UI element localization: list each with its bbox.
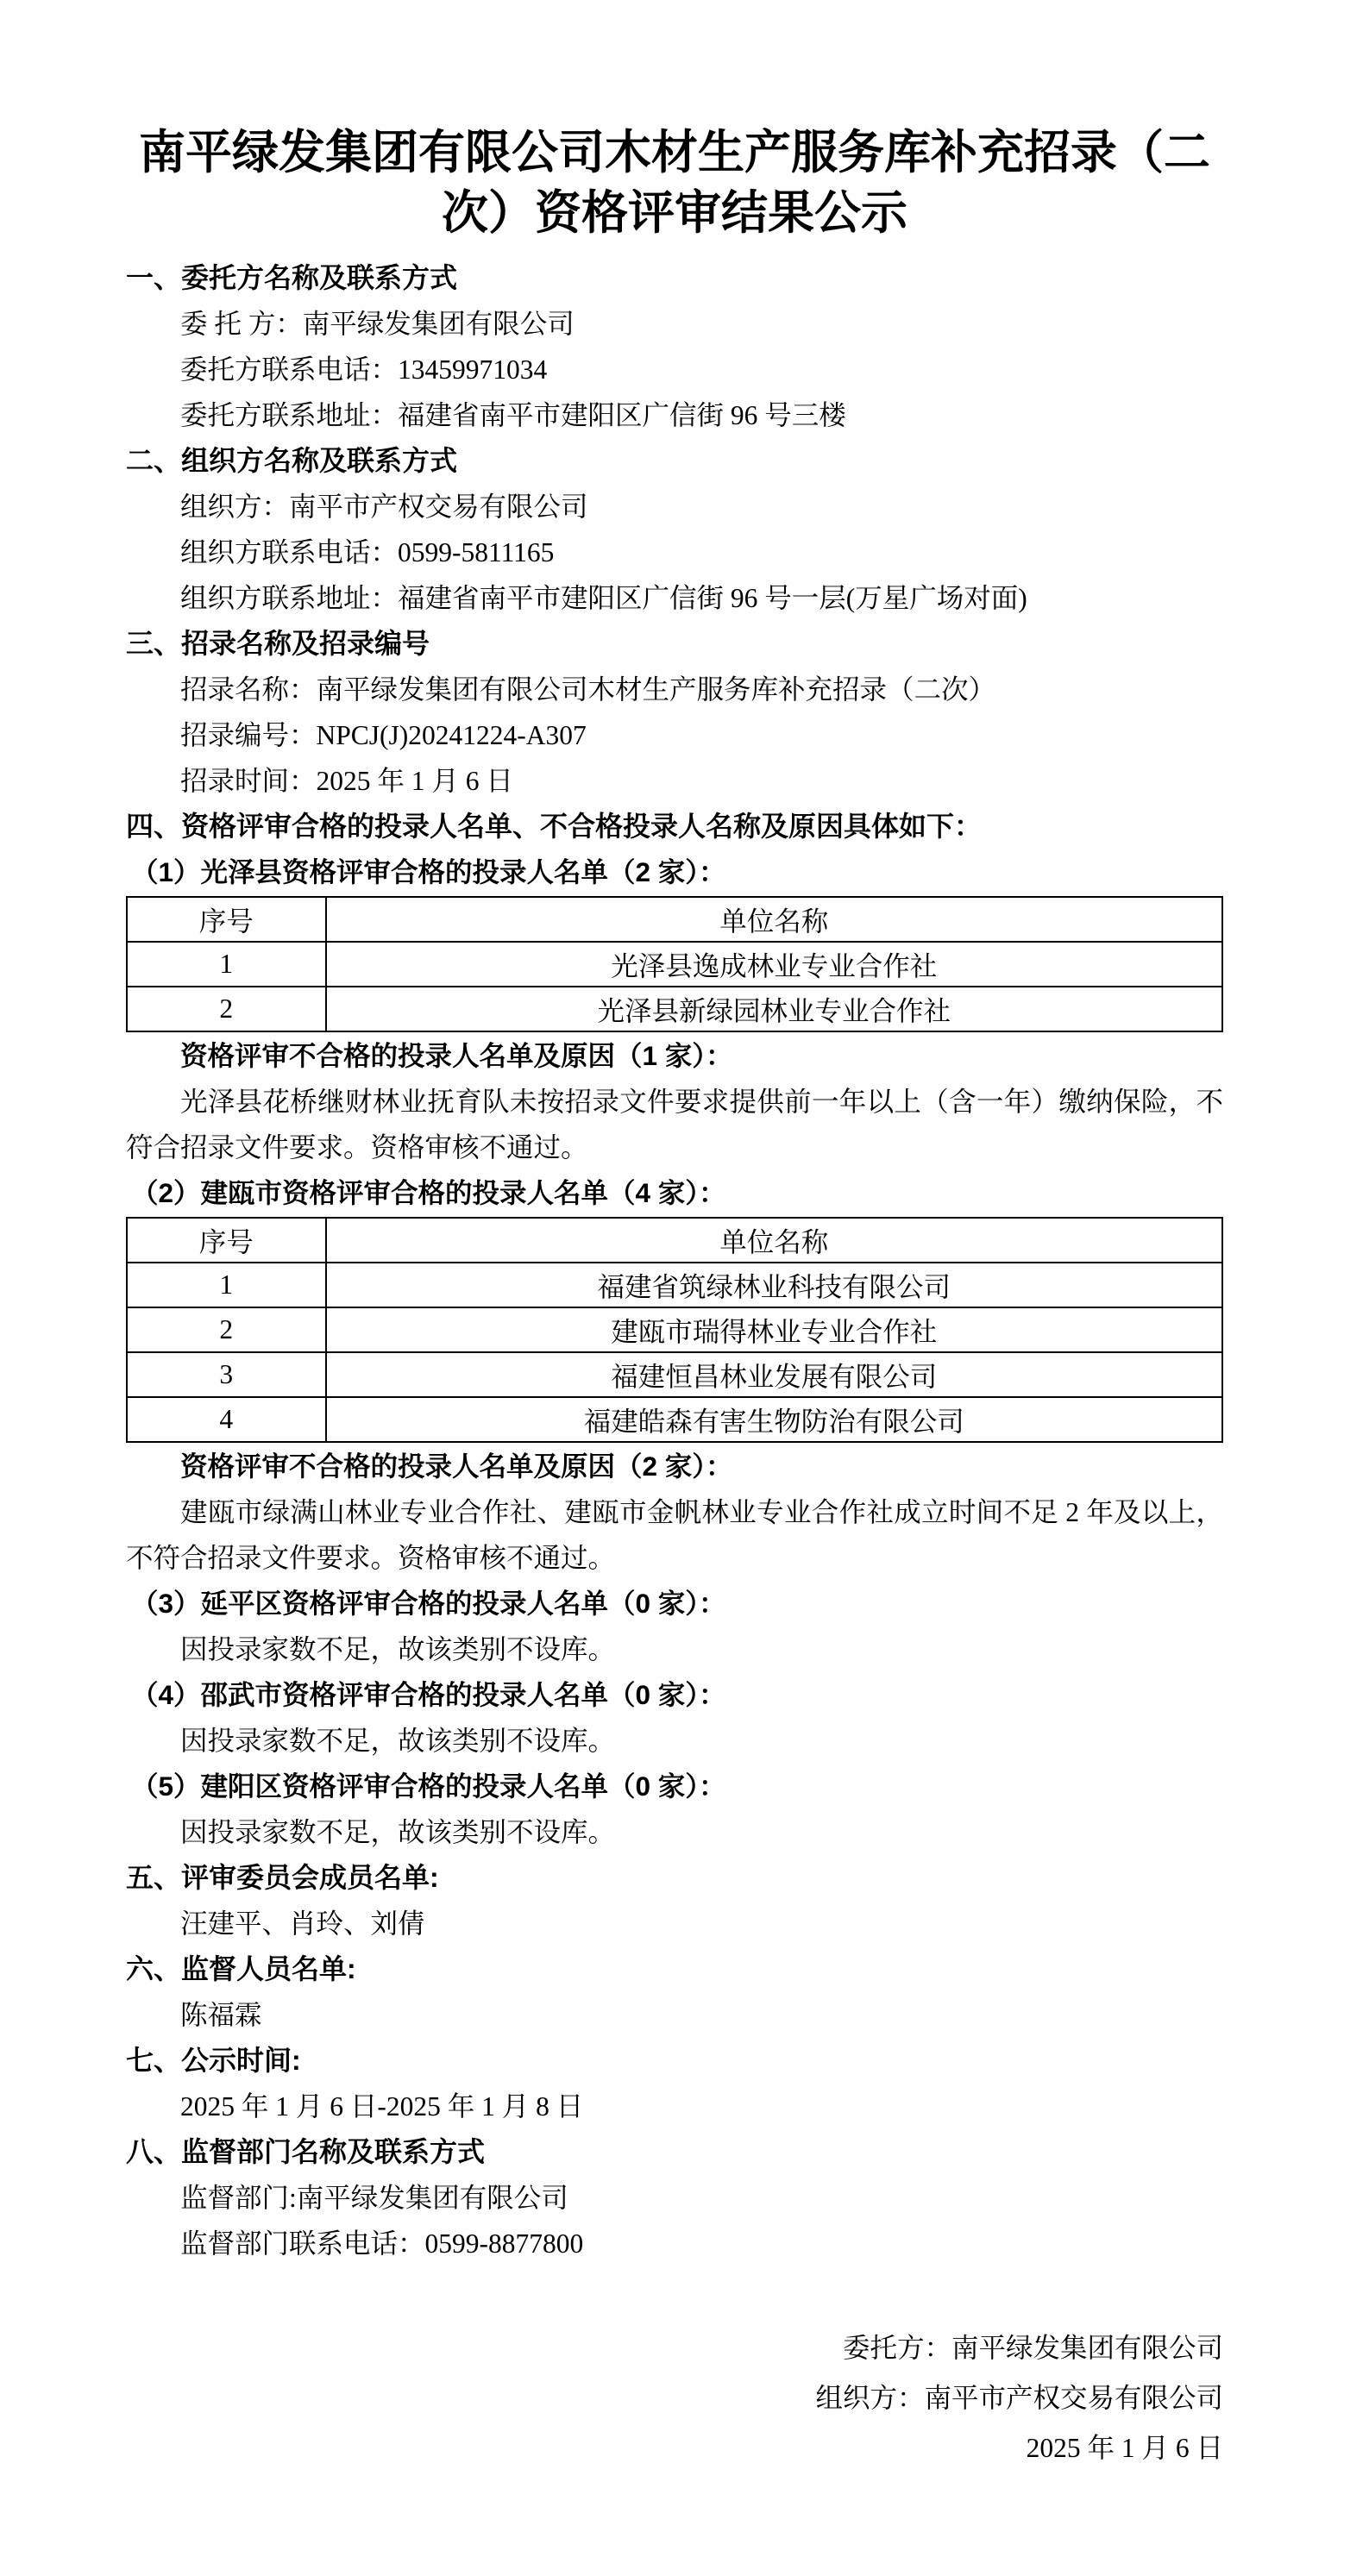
result-jianou: （2）建瓯市资格评审合格的投录人名单（4 家）： 序号 单位名称 1 福建省筑绿… [126, 1170, 1223, 1581]
organizer-phone-line: 组织方联系电话：0599-5811165 [126, 530, 1223, 575]
table-row: 2 建瓯市瑞得林业专业合作社 [127, 1307, 1222, 1352]
table-header-no: 序号 [127, 1218, 326, 1263]
client-name-line: 委 托 方：南平绿发集团有限公司 [126, 301, 1223, 347]
section-committee: 五、评审委员会成员名单: 汪建平、肖玲、刘倩 [126, 1855, 1223, 1946]
committee-members-line: 汪建平、肖玲、刘倩 [126, 1901, 1223, 1946]
jianou-qualified-heading: （2）建瓯市资格评审合格的投录人名单（4 家）： [126, 1170, 1223, 1216]
recruitment-date-line: 招录时间：2025 年 1 月 6 日 [126, 758, 1223, 804]
guangze-fail-heading: 资格评审不合格的投录人名单及原因（1 家）： [126, 1033, 1223, 1079]
organizer-name-line: 组织方：南平市产权交易有限公司 [126, 484, 1223, 530]
table-row: 3 福建恒昌林业发展有限公司 [127, 1352, 1222, 1397]
guangze-qualified-heading: （1）光泽县资格评审合格的投录人名单（2 家）： [126, 849, 1223, 895]
result-guangze: （1）光泽县资格评审合格的投录人名单（2 家）： 序号 单位名称 1 光泽县逸成… [126, 849, 1223, 1170]
result-shaowu: （4）邵武市资格评审合格的投录人名单（0 家）： 因投录家数不足，故该类别不设库… [126, 1672, 1223, 1764]
supervisor-name-line: 陈福霖 [126, 1992, 1223, 2038]
row-name: 福建省筑绿林业科技有限公司 [326, 1263, 1222, 1307]
table-row: 1 福建省筑绿林业科技有限公司 [127, 1263, 1222, 1307]
result-yanping: （3）延平区资格评审合格的投录人名单（0 家）： 因投录家数不足，故该类别不设库… [126, 1581, 1223, 1672]
row-name: 福建皓森有害生物防治有限公司 [326, 1397, 1222, 1442]
table-row: 1 光泽县逸成林业专业合作社 [127, 942, 1222, 987]
section-organizer: 二、组织方名称及联系方式 组织方：南平市产权交易有限公司 组织方联系电话：059… [126, 438, 1223, 621]
section-results-heading: 四、资格评审合格的投录人名单、不合格投录人名称及原因具体如下： [126, 804, 1223, 849]
table-header-name: 单位名称 [326, 897, 1222, 942]
jianou-fail-heading: 资格评审不合格的投录人名单及原因（2 家）： [126, 1444, 1223, 1489]
row-no: 1 [127, 942, 326, 987]
row-no: 1 [127, 1263, 326, 1307]
section-supervising-department: 八、监督部门名称及联系方式 监督部门:南平绿发集团有限公司 监督部门联系电话：0… [126, 2129, 1223, 2266]
table-row: 2 光泽县新绿园林业专业合作社 [127, 987, 1222, 1031]
document-page: 南平绿发集团有限公司木材生产服务库补充招录（二次）资格评审结果公示 一、委托方名… [0, 0, 1369, 2576]
row-no: 3 [127, 1352, 326, 1397]
result-jianyang: （5）建阳区资格评审合格的投录人名单（0 家）： 因投录家数不足，故该类别不设库… [126, 1764, 1223, 1855]
table-header-row: 序号 单位名称 [127, 897, 1222, 942]
client-address-line: 委托方联系地址：福建省南平市建阳区广信街 96 号三楼 [126, 392, 1223, 438]
section-supervisor-heading: 六、监督人员名单: [126, 1946, 1223, 1992]
signature-organizer-line: 组织方：南平市产权交易有限公司 [126, 2373, 1223, 2423]
recruitment-name-line: 招录名称：南平绿发集团有限公司木材生产服务库补充招录（二次） [126, 667, 1223, 712]
page-title: 南平绿发集团有限公司木材生产服务库补充招录（二次）资格评审结果公示 [126, 122, 1223, 243]
jianyang-qualified-heading: （5）建阳区资格评审合格的投录人名单（0 家）： [126, 1764, 1223, 1809]
section-results: 四、资格评审合格的投录人名单、不合格投录人名称及原因具体如下： （1）光泽县资格… [126, 804, 1223, 1855]
section-recruitment-heading: 三、招录名称及招录编号 [126, 621, 1223, 667]
recruitment-code-line: 招录编号：NPCJ(J)20241224-A307 [126, 712, 1223, 758]
shaowu-note: 因投录家数不足，故该类别不设库。 [126, 1718, 1223, 1764]
row-no: 2 [127, 1307, 326, 1352]
section-publicity-period: 七、公示时间: 2025 年 1 月 6 日-2025 年 1 月 8 日 [126, 2038, 1223, 2129]
table-header-no: 序号 [127, 897, 326, 942]
table-header-row: 序号 单位名称 [127, 1218, 1222, 1263]
section-recruitment-info: 三、招录名称及招录编号 招录名称：南平绿发集团有限公司木材生产服务库补充招录（二… [126, 621, 1223, 804]
jianou-qualified-table: 序号 单位名称 1 福建省筑绿林业科技有限公司 2 建瓯市瑞得林业专业合作社 3 [126, 1217, 1223, 1443]
row-name: 光泽县逸成林业专业合作社 [326, 942, 1222, 987]
signature-client-line: 委托方：南平绿发集团有限公司 [126, 2323, 1223, 2373]
yanping-note: 因投录家数不足，故该类别不设库。 [126, 1626, 1223, 1672]
section-publicity-heading: 七、公示时间: [126, 2038, 1223, 2084]
section-committee-heading: 五、评审委员会成员名单: [126, 1855, 1223, 1901]
table-row: 4 福建皓森有害生物防治有限公司 [127, 1397, 1222, 1442]
section-supervisor: 六、监督人员名单: 陈福霖 [126, 1946, 1223, 2038]
guangze-fail-reason: 光泽县花桥继财林业抚育队未按招录文件要求提供前一年以上（含一年）缴纳保险，不符合… [126, 1079, 1223, 1170]
jianou-fail-reason: 建瓯市绿满山林业专业合作社、建瓯市金帆林业专业合作社成立时间不足 2 年及以上，… [126, 1489, 1223, 1581]
row-no: 4 [127, 1397, 326, 1442]
guangze-qualified-table: 序号 单位名称 1 光泽县逸成林业专业合作社 2 光泽县新绿园林业专业合作社 [126, 896, 1223, 1032]
section-client-heading: 一、委托方名称及联系方式 [126, 255, 1223, 301]
department-name-line: 监督部门:南平绿发集团有限公司 [126, 2175, 1223, 2221]
section-department-heading: 八、监督部门名称及联系方式 [126, 2129, 1223, 2175]
section-client: 一、委托方名称及联系方式 委 托 方：南平绿发集团有限公司 委托方联系电话：13… [126, 255, 1223, 438]
organizer-address-line: 组织方联系地址：福建省南平市建阳区广信街 96 号一层(万星广场对面) [126, 575, 1223, 621]
row-name: 光泽县新绿园林业专业合作社 [326, 987, 1222, 1031]
yanping-qualified-heading: （3）延平区资格评审合格的投录人名单（0 家）： [126, 1581, 1223, 1626]
signature-block: 委托方：南平绿发集团有限公司 组织方：南平市产权交易有限公司 2025 年 1 … [126, 2323, 1223, 2473]
table-header-name: 单位名称 [326, 1218, 1222, 1263]
jianyang-note: 因投录家数不足，故该类别不设库。 [126, 1809, 1223, 1855]
client-phone-line: 委托方联系电话：13459971034 [126, 347, 1223, 392]
row-name: 建瓯市瑞得林业专业合作社 [326, 1307, 1222, 1352]
signature-date-line: 2025 年 1 月 6 日 [126, 2423, 1223, 2473]
row-no: 2 [127, 987, 326, 1031]
shaowu-qualified-heading: （4）邵武市资格评审合格的投录人名单（0 家）： [126, 1672, 1223, 1718]
section-organizer-heading: 二、组织方名称及联系方式 [126, 438, 1223, 484]
row-name: 福建恒昌林业发展有限公司 [326, 1352, 1222, 1397]
department-phone-line: 监督部门联系电话：0599-8877800 [126, 2221, 1223, 2266]
publicity-period-line: 2025 年 1 月 6 日-2025 年 1 月 8 日 [126, 2084, 1223, 2129]
